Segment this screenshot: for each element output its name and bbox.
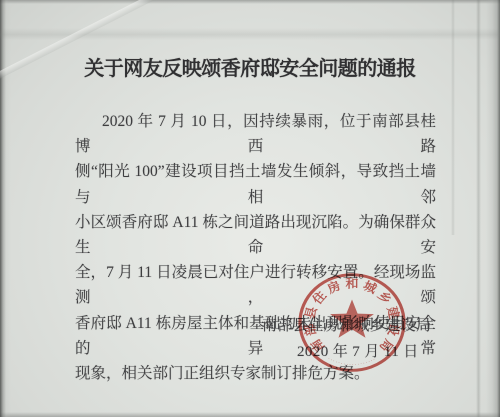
official-seal-stamp: 南部县住房和城乡建设局 ·················· (296, 271, 408, 374)
svg-text:部: 部 (301, 322, 319, 337)
svg-text:县: 县 (302, 305, 319, 320)
paper-crease (451, 0, 455, 235)
document-title: 关于网友反映颂香府邸安全问题的通报 (0, 52, 500, 81)
svg-text:设: 设 (385, 323, 403, 338)
document-photo: 关于网友反映颂香府邸安全问题的通报 2020 年 7 月 10 日，因持续暴雨，… (0, 0, 500, 417)
paper-crease (0, 28, 500, 40)
seal-star-icon (330, 300, 374, 338)
body-line: 小区颂香府邸 A11 栋之间道路出现沉陷。为确保群众生命安 (75, 210, 436, 260)
body-line: 侧“阳光 100”建设项目挡土墙发生倾斜，导致挡土墙与相邻 (75, 159, 436, 209)
svg-text:和: 和 (346, 276, 360, 290)
body-line: 2020 年 7 月 10 日，因持续暴雨，位于南部县桂博西路 (75, 109, 436, 159)
